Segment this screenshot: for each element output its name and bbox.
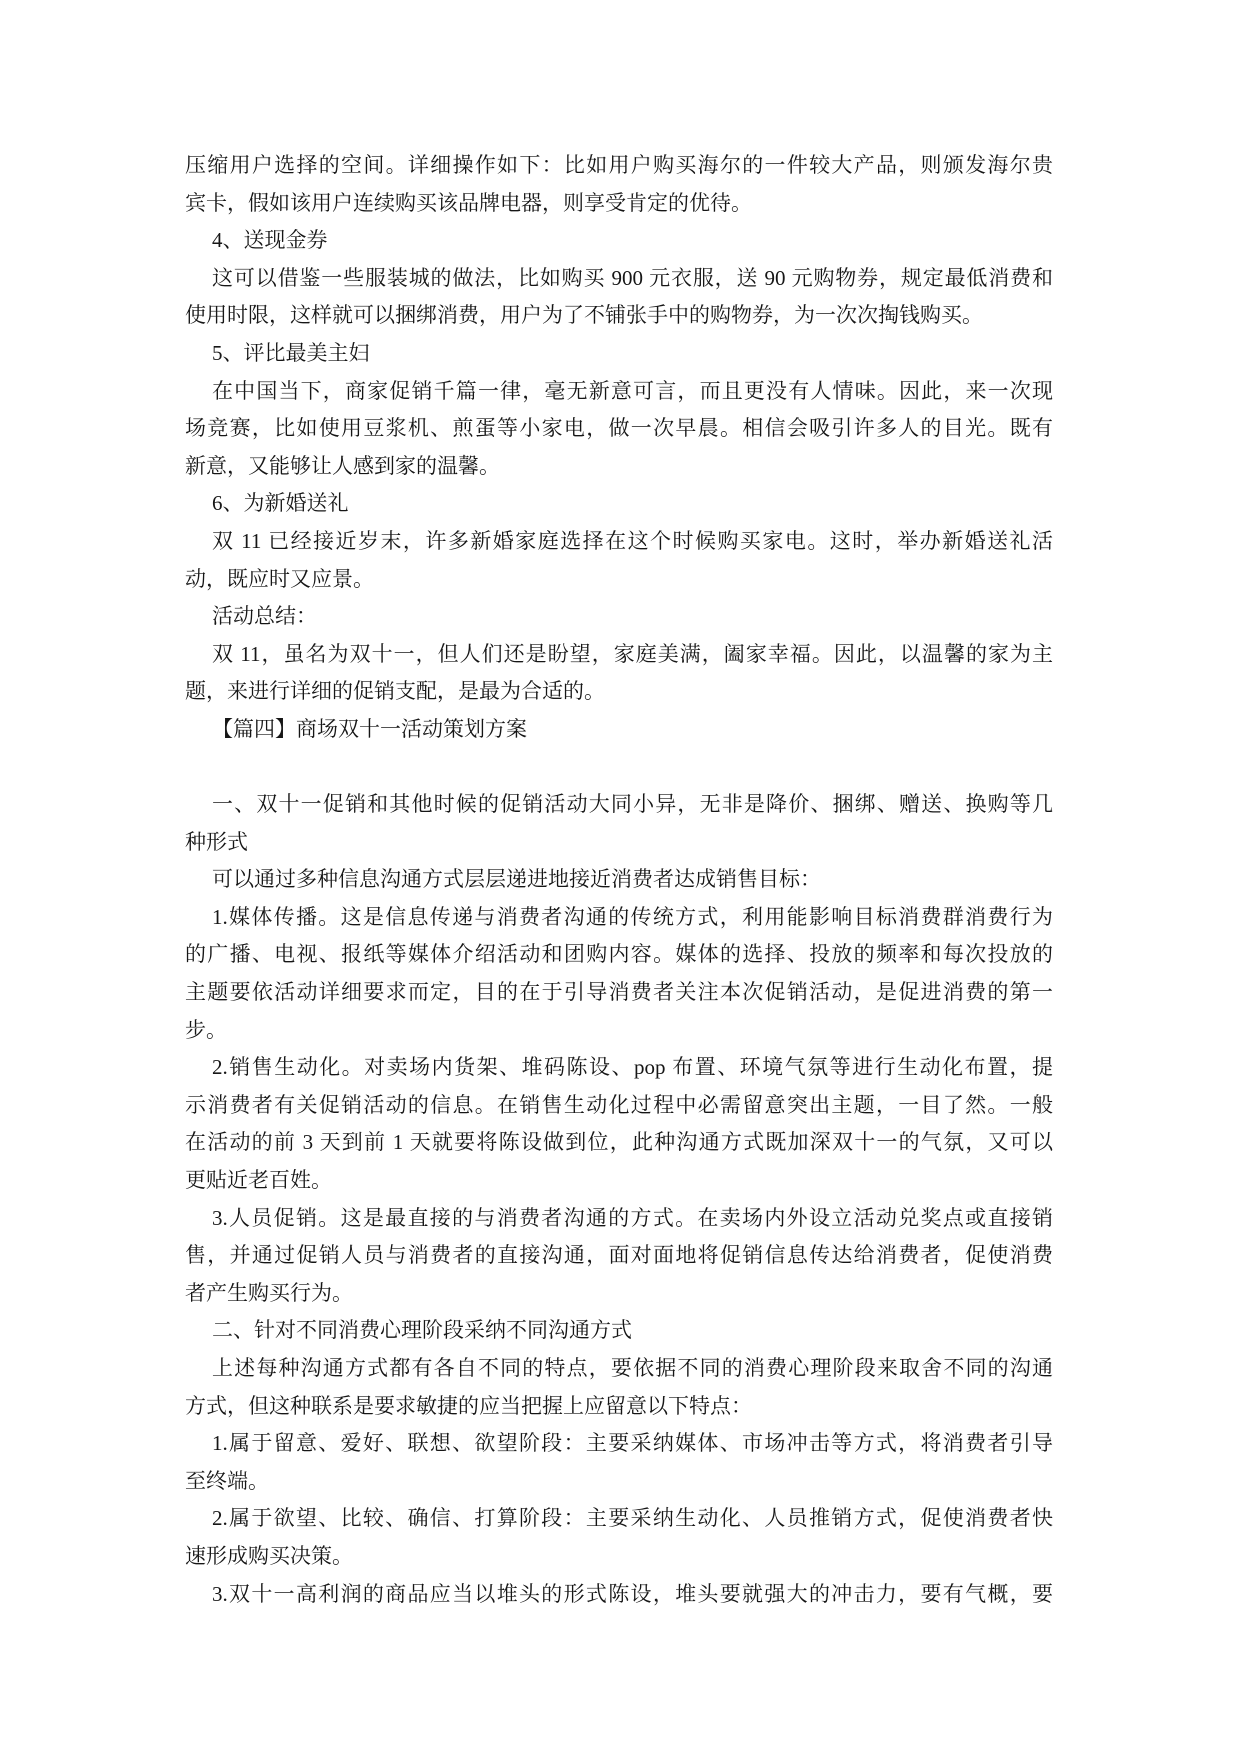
text-line: 速形成购买决策。 — [185, 1538, 1053, 1576]
text-line: 1.媒体传播。这是信息传递与消费者沟通的传统方式，利用能影响目标消费群消费行为 — [185, 899, 1053, 937]
text-line: 示消费者有关促销活动的信息。在销售生动化过程中必需留意突出主题，一目了然。一般 — [185, 1087, 1053, 1125]
text-line: 活动总结： — [185, 598, 1053, 636]
text-line: 在活动的前 3 天到前 1 天就要将陈设做到位，此种沟通方式既加深双十一的气氛，… — [185, 1124, 1053, 1162]
text-line: 可以通过多种信息沟通方式层层递进地接近消费者达成销售目标： — [185, 861, 1053, 899]
text-line: 场竞赛，比如使用豆浆机、煎蛋等小家电，做一次早晨。相信会吸引许多人的目光。既有 — [185, 410, 1053, 448]
text-line: 二、针对不同消费心理阶段采纳不同沟通方式 — [185, 1312, 1053, 1350]
text-line: 3.双十一高利润的商品应当以堆头的形式陈设，堆头要就强大的冲击力，要有气概，要 — [185, 1576, 1053, 1614]
text-line: 在中国当下，商家促销千篇一律，毫无新意可言，而且更没有人情味。因此，来一次现 — [185, 373, 1053, 411]
text-line: 更贴近老百姓。 — [185, 1162, 1053, 1200]
text-line: 动，既应时又应景。 — [185, 561, 1053, 599]
text-line: 压缩用户选择的空间。详细操作如下：比如用户购买海尔的一件较大产品，则颁发海尔贵 — [185, 147, 1053, 185]
blank-line — [185, 749, 1053, 787]
text-line: 主题要依活动详细要求而定，目的在于引导消费者关注本次促销活动，是促进消费的第一 — [185, 974, 1053, 1012]
text-line: 新意，又能够让人感到家的温馨。 — [185, 448, 1053, 486]
text-line: 6、为新婚送礼 — [185, 485, 1053, 523]
text-line: 方式，但这种联系是要求敏捷的应当把握上应留意以下特点： — [185, 1388, 1053, 1426]
text-line: 2.属于欲望、比较、确信、打算阶段：主要采纳生动化、人员推销方式，促使消费者快 — [185, 1500, 1053, 1538]
text-line: 双 11 已经接近岁末，许多新婚家庭选择在这个时候购买家电。这时，举办新婚送礼活 — [185, 523, 1053, 561]
text-line: 双 11，虽名为双十一，但人们还是盼望，家庭美满，阖家幸福。因此，以温馨的家为主 — [185, 636, 1053, 674]
text-line: 2.销售生动化。对卖场内货架、堆码陈设、pop 布置、环境气氛等进行生动化布置，… — [185, 1049, 1053, 1087]
text-line: 使用时限，这样就可以捆绑消费，用户为了不铺张手中的购物券，为一次次掏钱购买。 — [185, 297, 1053, 335]
text-line: 这可以借鉴一些服装城的做法，比如购买 900 元衣服，送 90 元购物券，规定最… — [185, 260, 1053, 298]
document-page: 压缩用户选择的空间。详细操作如下：比如用户购买海尔的一件较大产品，则颁发海尔贵宾… — [0, 0, 1240, 1753]
text-line: 3.人员促销。这是最直接的与消费者沟通的方式。在卖场内外设立活动兑奖点或直接销 — [185, 1200, 1053, 1238]
text-line: 上述每种沟通方式都有各自不同的特点，要依据不同的消费心理阶段来取舍不同的沟通 — [185, 1350, 1053, 1388]
text-line: 的广播、电视、报纸等媒体介绍活动和团购内容。媒体的选择、投放的频率和每次投放的 — [185, 936, 1053, 974]
text-line: 4、送现金券 — [185, 222, 1053, 260]
text-line: 【篇四】商场双十一活动策划方案 — [185, 711, 1053, 749]
text-line: 种形式 — [185, 824, 1053, 862]
text-line: 5、评比最美主妇 — [185, 335, 1053, 373]
text-line: 题，来进行详细的促销支配，是最为合适的。 — [185, 673, 1053, 711]
text-line: 一、双十一促销和其他时候的促销活动大同小异，无非是降价、捆绑、赠送、换购等几 — [185, 786, 1053, 824]
text-line: 售，并通过促销人员与消费者的直接沟通，面对面地将促销信息传达给消费者，促使消费 — [185, 1237, 1053, 1275]
text-line: 者产生购买行为。 — [185, 1275, 1053, 1313]
text-line: 宾卡，假如该用户连续购买该品牌电器，则享受肯定的优待。 — [185, 185, 1053, 223]
text-line: 1.属于留意、爱好、联想、欲望阶段：主要采纳媒体、市场冲击等方式，将消费者引导 — [185, 1425, 1053, 1463]
document-text-body: 压缩用户选择的空间。详细操作如下：比如用户购买海尔的一件较大产品，则颁发海尔贵宾… — [185, 147, 1053, 1613]
text-line: 至终端。 — [185, 1463, 1053, 1501]
text-line: 步。 — [185, 1012, 1053, 1050]
